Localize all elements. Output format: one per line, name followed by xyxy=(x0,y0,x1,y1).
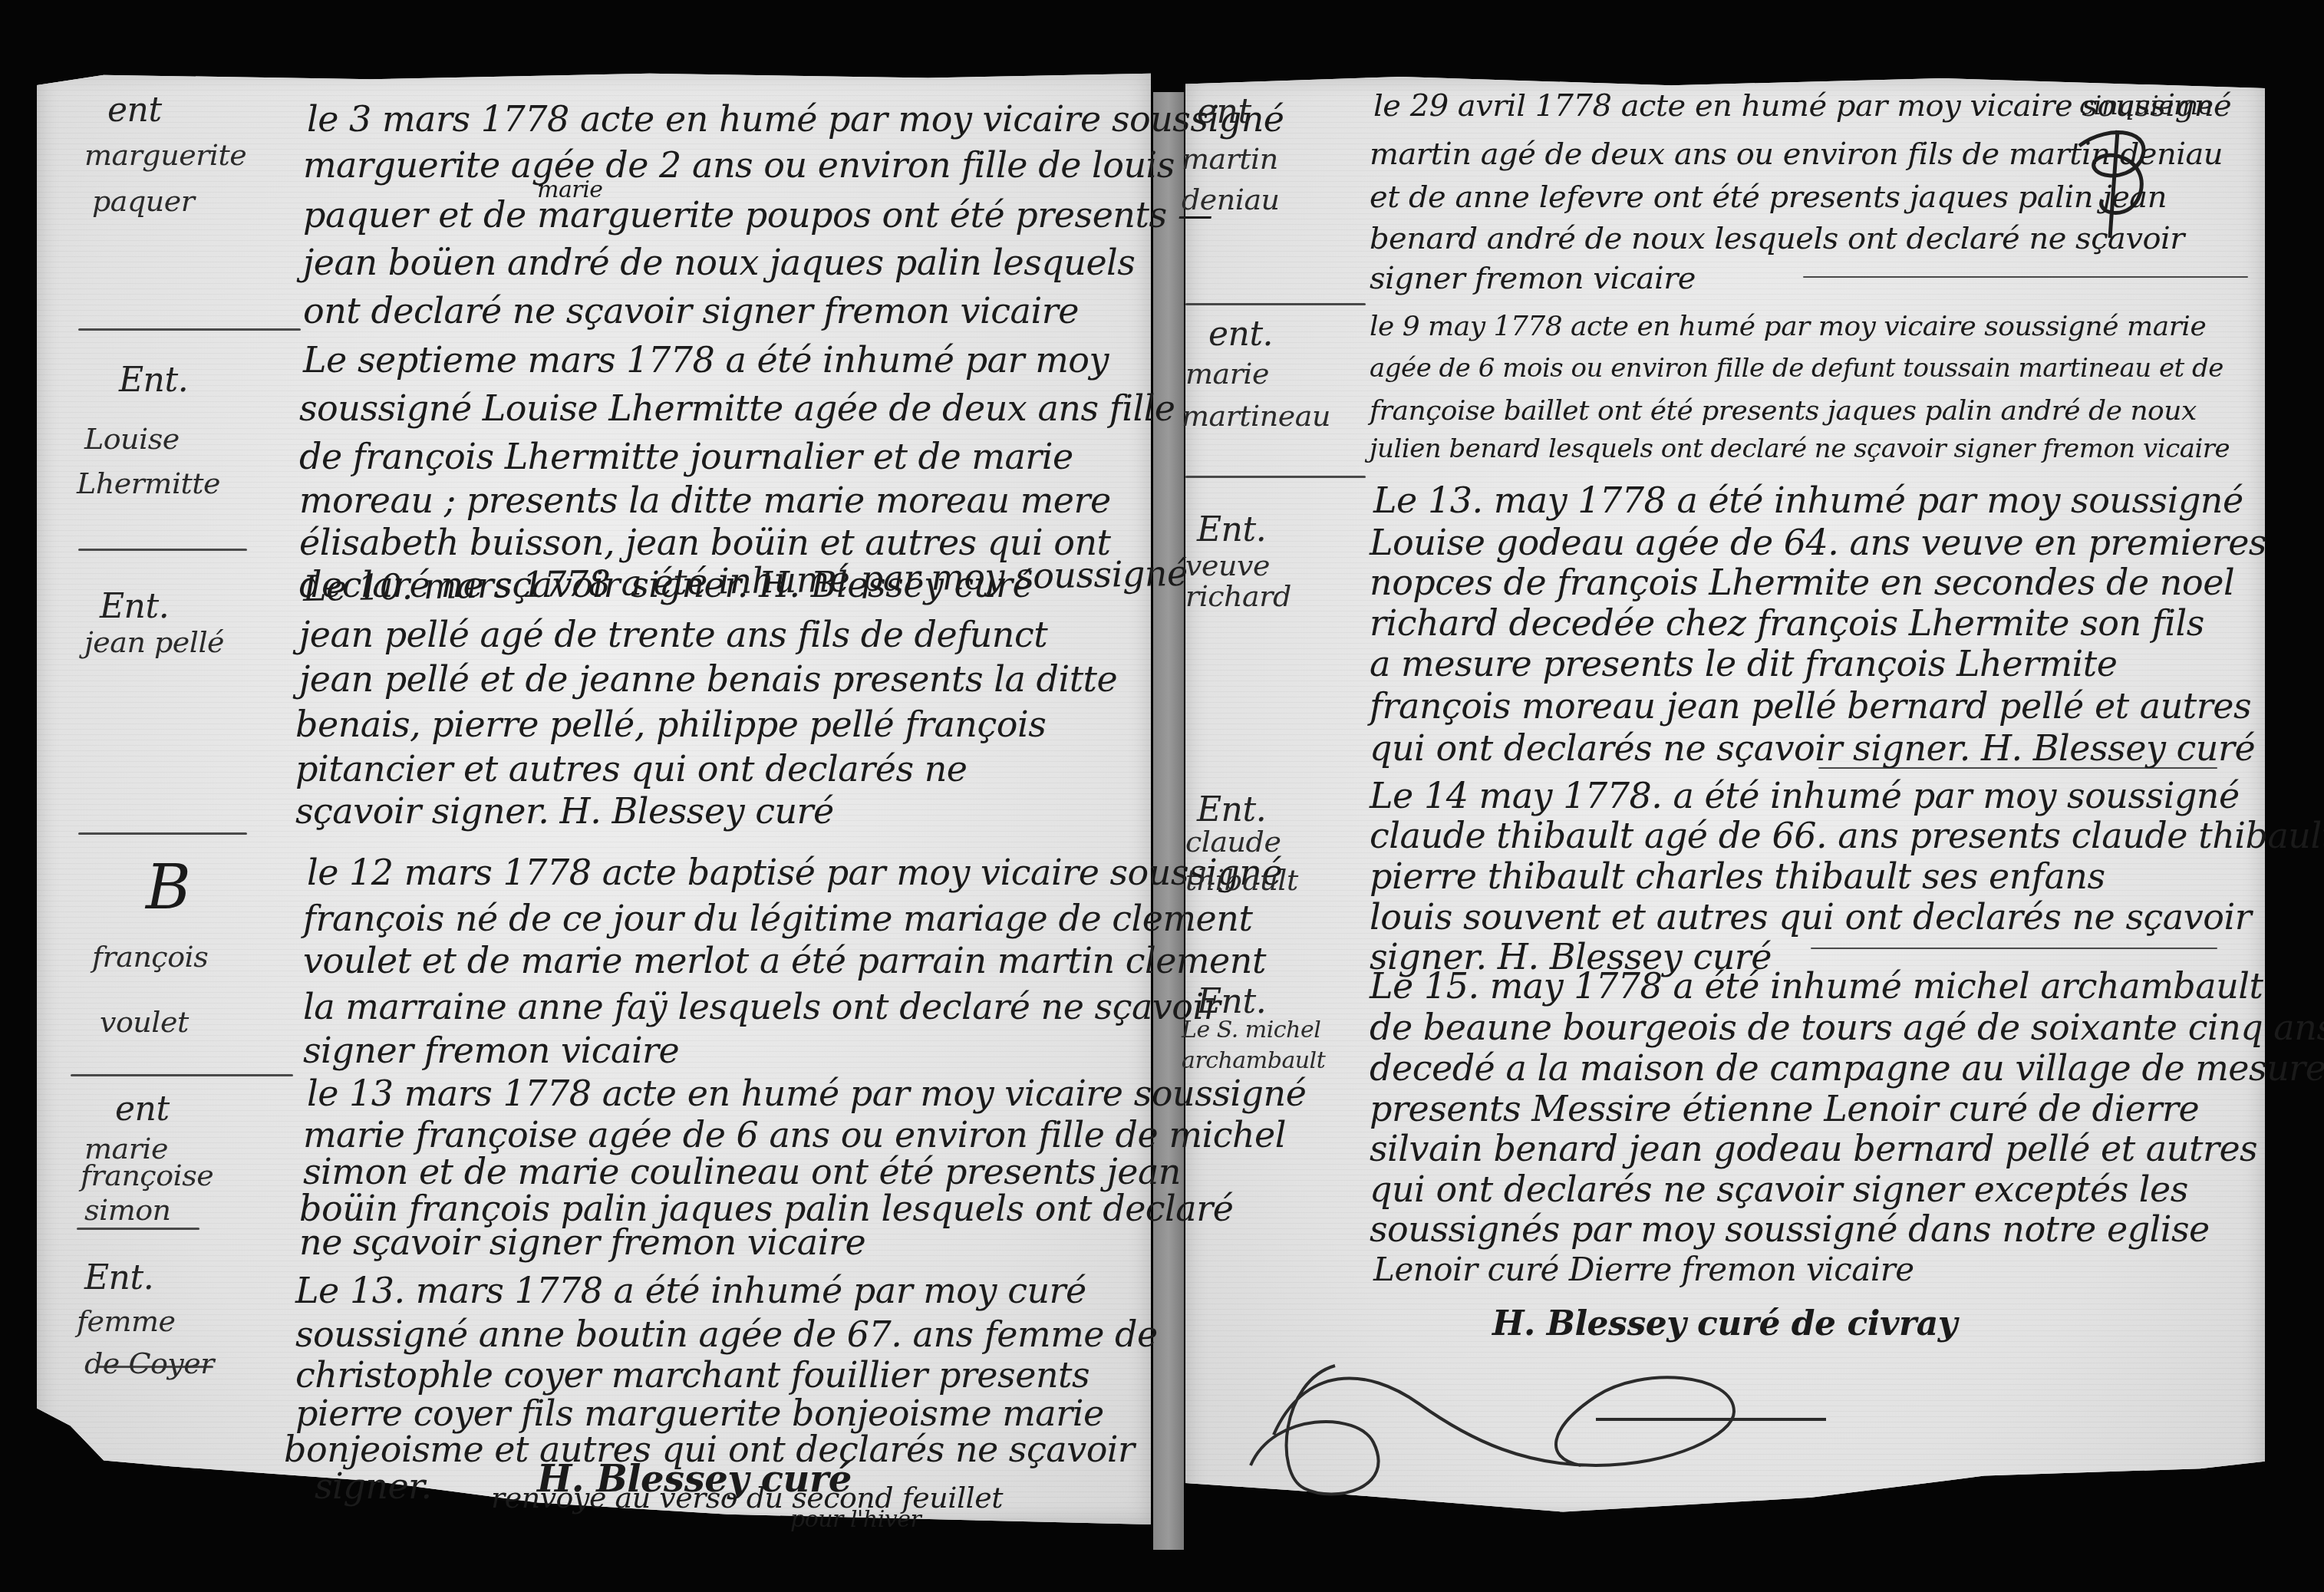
filler-line xyxy=(1803,276,2248,278)
margin-label: ent xyxy=(1197,92,1251,131)
margin-label: deniau xyxy=(1182,183,1280,216)
entry-divider xyxy=(71,1074,293,1076)
margin-label: femme xyxy=(77,1304,176,1338)
entry-line: soussignés par moy soussigné dans notre … xyxy=(1370,1208,2210,1250)
entry-divider xyxy=(78,832,247,835)
margin-label: Ent. xyxy=(1197,790,1266,829)
margin-label: paquer xyxy=(92,184,194,218)
entry-line: le 29 avril 1778 acte en humé par moy vi… xyxy=(1373,88,2231,124)
entry-line: silvain benard jean godeau bernard pellé… xyxy=(1370,1128,2257,1169)
entry-line: Le 13. mars 1778 a été inhumé par moy cu… xyxy=(295,1270,1086,1311)
entry-line: et de anne lefevre ont été presents jaqu… xyxy=(1370,180,2167,215)
filler-line xyxy=(1811,948,2217,949)
entry-line: christophle coyer marchant fouillier pre… xyxy=(295,1354,1089,1396)
margin-label: Louise xyxy=(84,422,180,456)
entry-line: pitancier et autres qui ont declarés ne xyxy=(295,748,968,789)
entry-line: françois moreau jean pellé bernard pellé… xyxy=(1370,685,2251,727)
entry-line: martin agé de deux ans ou environ fils d… xyxy=(1370,137,2223,172)
margin-label: richard xyxy=(1185,579,1291,613)
margin-label: françoise xyxy=(81,1159,213,1192)
entry-line: françoise baillet ont été presents jaque… xyxy=(1370,395,2197,427)
entry-line: presents Messire étienne Lenoir curé de … xyxy=(1370,1088,2199,1129)
margin-label: de Coyer xyxy=(84,1346,214,1380)
entry-line: benais, pierre pellé, philippe pellé fra… xyxy=(295,704,1046,745)
signature-flourish-icon xyxy=(1243,1350,1872,1504)
entry-line: ne sçavoir signer fremon vicaire xyxy=(299,1221,865,1263)
margin-label: marguerite xyxy=(84,138,246,172)
entry-line: julien benard lesquels ont declaré ne sç… xyxy=(1370,433,2230,464)
entry-line: simon et de marie coulineau ont été pres… xyxy=(303,1151,1181,1192)
entry-line: jean boüen andré de noux jaques palin le… xyxy=(303,242,1135,283)
margin-label: claude xyxy=(1185,825,1281,859)
margin-label: Ent. xyxy=(1197,982,1266,1021)
entry-line: signer. xyxy=(315,1465,432,1507)
entry-line: le 3 mars 1778 acte en humé par moy vica… xyxy=(307,98,1284,140)
margin-label: ent xyxy=(115,1089,170,1129)
baptism-mark: B xyxy=(146,852,190,923)
entry-line: signer fremon vicaire xyxy=(303,1030,679,1071)
entry-line: voulet et de marie merlot a été parrain … xyxy=(303,940,1266,981)
margin-label: voulet xyxy=(100,1005,189,1039)
entry-line: moreau ; presents la ditte marie moreau … xyxy=(299,480,1111,521)
margin-label: Ent. xyxy=(100,587,169,626)
book-gutter xyxy=(1153,92,1184,1550)
entry-line: qui ont declarés ne sçavoir signer. H. B… xyxy=(1370,727,2255,769)
entry-line: pierre thibault charles thibault ses enf… xyxy=(1370,855,2105,897)
entry-line: decedé a la maison de campagne au villag… xyxy=(1370,1047,2324,1089)
margin-label: jean pellé xyxy=(84,625,224,659)
entry-line: le 12 mars 1778 acte baptisé par moy vic… xyxy=(307,852,1282,893)
entry-line: Louise godeau agée de 64. ans veuve en p… xyxy=(1370,522,2266,563)
entry-line: le 9 may 1778 acte en humé par moy vicai… xyxy=(1370,311,2206,342)
margin-label: veuve xyxy=(1185,549,1270,582)
margin-label: marie xyxy=(1185,357,1269,391)
entry-divider xyxy=(77,1228,199,1230)
entry-line: Le 14 may 1778. a été inhumé par moy sou… xyxy=(1370,775,2240,816)
entry-line: marie françoise agée de 6 ans ou environ… xyxy=(303,1114,1286,1155)
margin-label: françois xyxy=(92,940,208,974)
closing-signature: H. Blessey curé de civray xyxy=(1492,1304,1957,1343)
entry-line: la marraine anne faÿ lesquels ont declar… xyxy=(303,986,1220,1027)
margin-label: Ent. xyxy=(84,1258,153,1297)
entry-line: soussigné Louise Lhermitte agée de deux … xyxy=(299,387,1175,429)
entry-line: jean pellé agé de trente ans fils de def… xyxy=(299,614,1047,655)
filler-line xyxy=(1818,767,2217,769)
entry-line: marguerite agée de 2 ans ou environ fill… xyxy=(303,144,1175,186)
margin-label: ent xyxy=(107,91,162,130)
entry-divider xyxy=(1185,476,1366,478)
margin-label: Lhermitte xyxy=(77,466,220,500)
entry-line: Le 13. may 1778 a été inhumé par moy sou… xyxy=(1373,480,2243,521)
closing-signature: Lenoir curé Dierre fremon vicaire xyxy=(1373,1251,1914,1288)
entry-line: françois né de ce jour du légitime maria… xyxy=(303,898,1252,939)
margin-label: thibault xyxy=(1185,863,1298,897)
entry-divider xyxy=(98,1366,213,1368)
entry-line: richard decedée chez françois Lhermite s… xyxy=(1370,602,2204,644)
footer-note: renvoyé au verso du second feuillet xyxy=(491,1481,1003,1515)
margin-label: martin xyxy=(1182,142,1278,176)
entry-line: claude thibault agé de 66. ans presents … xyxy=(1370,815,2324,856)
entry-line: qui ont declarés ne sçavoir signer excep… xyxy=(1370,1168,2188,1210)
entry-divider xyxy=(78,549,247,551)
entry-line: signer fremon vicaire xyxy=(1370,261,1696,296)
entry-line: agée de 6 mois ou environ fille de defun… xyxy=(1370,353,2223,384)
entry-line: louis souvent et autres qui ont declarés… xyxy=(1370,896,2251,938)
entry-line: a mesure presents le dit françois Lhermi… xyxy=(1370,643,2118,684)
entry-divider xyxy=(1185,303,1366,305)
entry-line: Le 15. may 1778 a été inhumé michel arch… xyxy=(1370,965,2263,1007)
footer-note: pour l'hiver xyxy=(790,1506,921,1533)
margin-label: simon xyxy=(84,1193,171,1227)
margin-label: Le S. michel xyxy=(1182,1017,1320,1043)
entry-line: sçavoir signer. H. Blessey curé xyxy=(295,790,834,832)
margin-label: martineau xyxy=(1182,399,1330,433)
entry-line: le 13 mars 1778 acte en humé par moy vic… xyxy=(307,1073,1306,1114)
margin-label: archambault xyxy=(1182,1047,1325,1074)
entry-line: Le septieme mars 1778 a été inhumé par m… xyxy=(303,339,1109,381)
entry-line: jean pellé et de jeanne benais presents … xyxy=(299,658,1117,700)
entry-line: nopces de françois Lhermite en secondes … xyxy=(1370,562,2234,603)
entry-line: benard andré de noux lesquels ont declar… xyxy=(1370,221,2184,256)
entry-line: de beaune bourgeois de tours agé de soix… xyxy=(1370,1007,2324,1048)
margin-label: ent. xyxy=(1208,315,1273,354)
entry-line: soussigné anne boutin agée de 67. ans fe… xyxy=(295,1313,1158,1355)
entry-line: de françois Lhermitte journalier et de m… xyxy=(299,436,1073,477)
entry-line: paquer et de marguerite poupos ont été p… xyxy=(303,194,1212,236)
entry-line: ont declaré ne sçavoir signer fremon vic… xyxy=(303,290,1079,331)
margin-label: Ent. xyxy=(119,361,188,400)
margin-label: Ent. xyxy=(1197,510,1266,549)
entry-divider xyxy=(78,328,301,331)
entry-line: pierre coyer fils marguerite bonjeoisme … xyxy=(295,1393,1104,1434)
